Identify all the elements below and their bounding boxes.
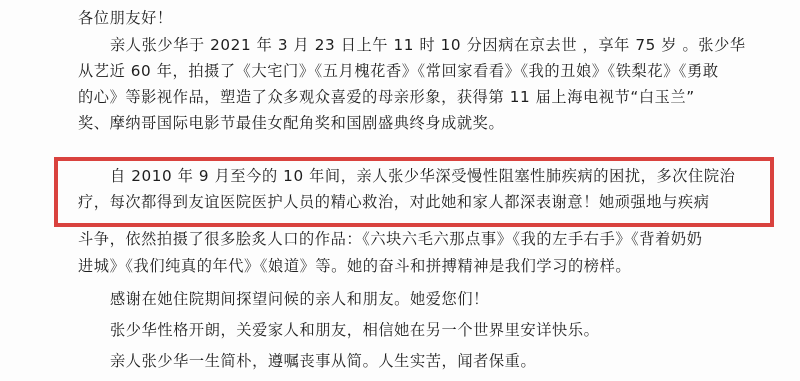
paragraph-1-line-1: 亲人张少华于 2021 年 3 月 23 日上午 11 时 10 分因病在京去世… bbox=[110, 35, 746, 55]
greeting: 各位朋友好！ bbox=[78, 8, 173, 28]
paragraph-4: 张少华性格开朗，关爱家人和朋友，相信她在另一个世界里安详快乐。 bbox=[110, 320, 599, 340]
obituary-document: 各位朋友好！ 亲人张少华于 2021 年 3 月 23 日上午 11 时 10 … bbox=[0, 0, 800, 381]
paragraph-1-line-4: 奖、摩纳哥国际电影节最佳女配角奖和国剧盛典终身成就奖。 bbox=[78, 113, 504, 133]
paragraph-1-line-3: 的心》等影视作品，塑造了众多观众喜爱的母亲形象，获得第 11 届上海电视节“白玉… bbox=[78, 87, 695, 107]
paragraph-2-line-1: 自 2010 年 9 月至今的 10 年间，亲人张少华深受慢性阻塞性肺疾病的困扰… bbox=[110, 166, 735, 186]
paragraph-1-line-2: 从艺近 60 年，拍摄了《大宅门》《五月槐花香》《常回家看看》《我的丑娘》《铁梨… bbox=[78, 61, 719, 81]
paragraph-2-line-4: 进城》《我们纯真的年代》《娘道》等。她的奋斗和拼搏精神是我们学习的榜样。 bbox=[78, 256, 631, 276]
paragraph-2-line-3: 斗争，依然拍摄了很多脍炙人口的作品：《六块六毛六那点事》《我的左手右手》《背着奶… bbox=[78, 229, 703, 249]
paragraph-3: 感谢在她住院期间探望问候的亲人和朋友。她爱您们！ bbox=[110, 289, 489, 309]
paragraph-5: 亲人张少华一生简朴，遵嘱丧事从简。人生实苦，闻者保重。 bbox=[110, 351, 536, 371]
paragraph-2-line-2: 疗，每次都得到友谊医院医护人员的精心救治，对此她和家人都深表谢意！她顽强地与疾病 bbox=[78, 192, 710, 212]
